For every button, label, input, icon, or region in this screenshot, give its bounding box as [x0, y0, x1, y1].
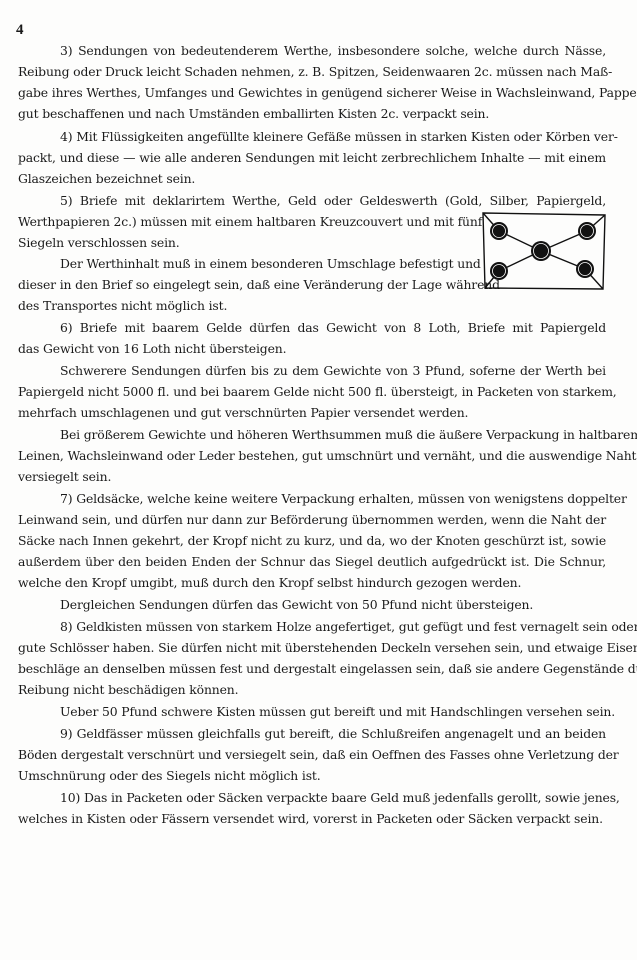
wax-seal-icon: [490, 222, 596, 280]
text-line: 4) Mit Flüssigkeiten angefüllte kleinere…: [60, 126, 606, 147]
text-line: Papiergeld nicht 5000 fl. und bei baarem…: [18, 381, 606, 402]
text-line: Siegeln verschlossen sein.: [18, 232, 458, 253]
text-line: Ueber 50 Pfund schwere Kisten müssen gut…: [60, 701, 606, 722]
text-line: Dergleichen Sendungen dürfen das Gewicht…: [60, 594, 606, 615]
text-line: beschläge an denselben müssen fest und d…: [18, 658, 606, 679]
text-line: Reibung nicht beschädigen können.: [18, 679, 606, 700]
text-line: gute Schlösser haben. Sie dürfen nicht m…: [18, 637, 606, 658]
document-page: 4 3) Sendungen von bedeutenderem Werthe,…: [0, 0, 637, 960]
text-line: Reibung oder Druck leicht Schaden nehmen…: [18, 61, 606, 82]
text-line: dieser in den Brief so eingelegt sein, d…: [18, 274, 458, 295]
cross-envelope-figure: [481, 211, 607, 291]
text-line: 6) Briefe mit baarem Gelde dürfen das Ge…: [60, 317, 606, 338]
text-line: mehrfach umschlagenen und gut verschnürt…: [18, 402, 606, 423]
text-line: Der Werthinhalt muß in einem besonderen …: [60, 253, 458, 274]
text-line: das Gewicht von 16 Loth nicht übersteige…: [18, 338, 606, 359]
text-line: Böden dergestalt verschnürt und versiege…: [18, 744, 606, 765]
text-line: Umschnürung oder des Siegels nicht mögli…: [18, 765, 606, 786]
text-line: Leinwand sein, und dürfen nur dann zur B…: [18, 509, 606, 530]
text-line: 9) Geldfässer müssen gleichfalls gut ber…: [60, 723, 606, 744]
text-line: 10) Das in Packeten oder Säcken verpackt…: [60, 787, 606, 808]
text-line: welches in Kisten oder Fässern versendet…: [18, 808, 606, 829]
text-line: Leinen, Wachsleinwand oder Leder bestehe…: [18, 445, 606, 466]
text-line: gut beschaffenen und nach Umständen emba…: [18, 103, 606, 124]
text-line: Schwerere Sendungen dürfen bis zu dem Ge…: [60, 360, 606, 381]
text-line: 7) Geldsäcke, welche keine weitere Verpa…: [60, 488, 606, 509]
text-line: Säcke nach Innen gekehrt, der Kropf nich…: [18, 530, 606, 551]
text-line: versiegelt sein.: [18, 466, 606, 487]
text-line: 8) Geldkisten müssen von starkem Holze a…: [60, 616, 606, 637]
page-number: 4: [16, 22, 24, 39]
text-line: Bei größerem Gewichte und höheren Werths…: [60, 424, 606, 445]
text-line: Glaszeichen bezeichnet sein.: [18, 168, 606, 189]
text-line: welche den Kropf umgibt, muß durch den K…: [18, 572, 606, 593]
text-line: 3) Sendungen von bedeutenderem Werthe, i…: [60, 40, 606, 61]
text-line: außerdem über den beiden Enden der Schnu…: [18, 551, 606, 572]
text-line: des Transportes nicht möglich ist.: [18, 295, 458, 316]
text-line: 5) Briefe mit deklarirtem Werthe, Geld o…: [60, 190, 606, 211]
text-line: Werthpapieren 2c.) müssen mit einem halt…: [18, 211, 458, 232]
text-line: packt, und diese — wie alle anderen Send…: [18, 147, 606, 168]
text-line: gabe ihres Werthes, Umfanges und Gewicht…: [18, 82, 606, 103]
